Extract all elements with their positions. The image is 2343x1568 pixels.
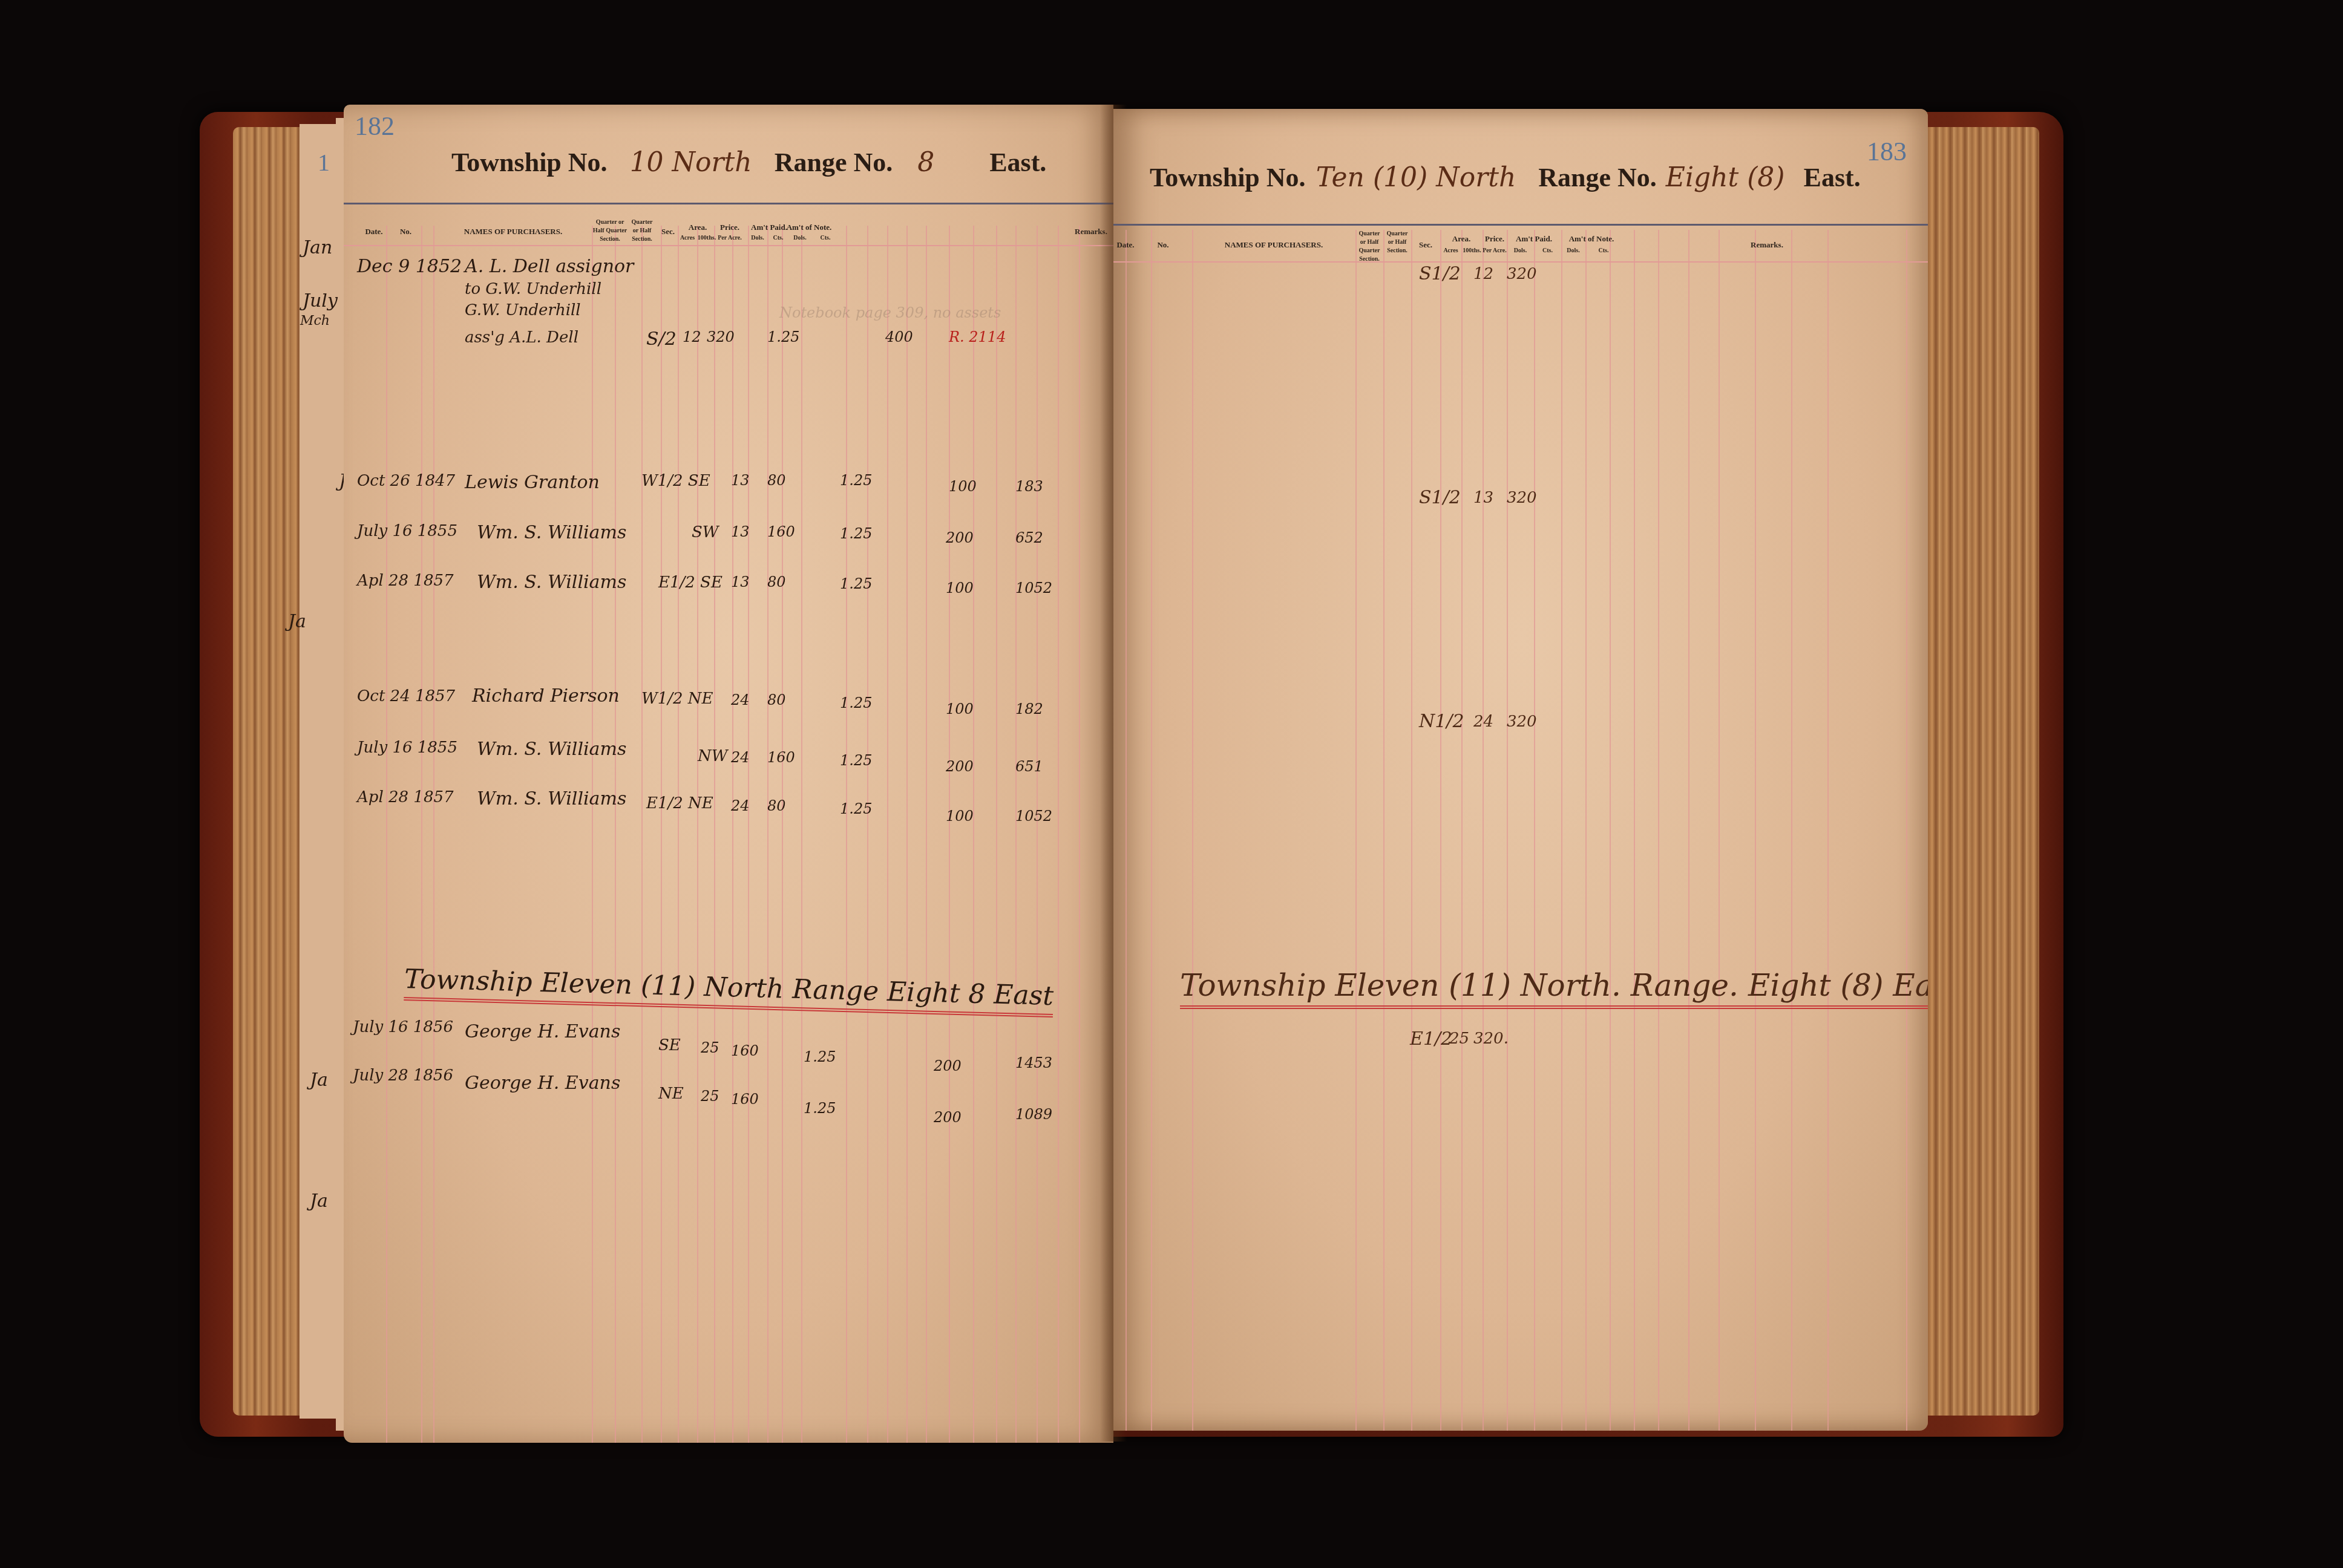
col-quarter-half: Quarter or Half Section.: [1383, 230, 1411, 255]
entry-quarter: S/2: [646, 328, 677, 350]
header-rule: [344, 203, 1113, 204]
entry-sec: 24: [731, 797, 750, 814]
township-label: Township No.: [1150, 163, 1306, 192]
entry-acres: 320: [1507, 489, 1537, 507]
entry-sec: 24: [731, 749, 750, 766]
entry-date: Apl 28 1857: [357, 572, 454, 590]
margin-fragment: Ja: [310, 1191, 328, 1212]
entry-name-line: G.W. Underhill: [465, 301, 581, 319]
entry-name-line: ass'g A.L. Dell: [465, 328, 578, 347]
col-area: Area.: [680, 223, 716, 232]
entry-price: 1.25: [767, 328, 799, 345]
township-label: Township No.: [451, 148, 608, 177]
entry-note: 100: [946, 808, 974, 825]
col-names: NAMES OF PURCHASERS.: [1192, 241, 1355, 249]
margin-fragment: Jan: [303, 237, 332, 258]
subsection-heading: Township Eleven (11) North. Range. Eight…: [1180, 968, 1928, 1009]
col-no: No.: [392, 227, 419, 236]
entry-date: July 28 1856: [353, 1067, 453, 1085]
entry-name: Wm. S. Williams: [477, 739, 626, 760]
entry-sec: 25: [1449, 1030, 1469, 1048]
col-amt-note-cts: Cts.: [816, 234, 835, 243]
entry-price: 1.25: [840, 694, 872, 711]
col-area-100ths: 100ths.: [1461, 247, 1483, 255]
entry-sec: 12: [1473, 265, 1493, 283]
entry-quarter: NW: [698, 747, 727, 765]
entry-remarks: 1052: [1015, 580, 1052, 596]
right-ledger-page: 183 Township No. Ten (10) North Range No…: [1113, 109, 1928, 1431]
township-header: Township No. 10 North Range No. 8 East.: [451, 147, 1046, 178]
range-value: 8: [917, 147, 934, 178]
entry-name: George H. Evans: [465, 1021, 620, 1042]
entry-acres: 320.: [1473, 1030, 1509, 1048]
entry-half: N1/2: [1419, 711, 1464, 732]
entry-remarks: 651: [1015, 758, 1043, 775]
entry-name: Richard Pierson: [472, 685, 620, 707]
entry-acres: 320: [707, 328, 735, 345]
col-amt-note: Am't of Note.: [782, 223, 836, 232]
direction-label: East.: [1804, 163, 1861, 192]
col-price: Price.: [714, 223, 745, 232]
entry-name: George H. Evans: [465, 1073, 620, 1094]
entry-acres: 160: [767, 523, 795, 540]
column-header-rule: [1113, 261, 1928, 263]
entry-quarter: NE: [658, 1085, 684, 1103]
entry-price: 1.25: [804, 1048, 836, 1065]
range-value: Eight (8): [1666, 162, 1785, 193]
entry-remarks: R. 2114: [949, 328, 1006, 345]
entry-remarks: 1453: [1015, 1054, 1052, 1071]
col-quarter-half-quarter: Quarter or Half Quarter Section.: [1355, 230, 1383, 264]
col-amt-paid: Am't Paid.: [1507, 235, 1561, 243]
township-value: Ten (10) North: [1316, 162, 1516, 193]
entry-remarks: 182: [1015, 701, 1043, 717]
entry-date: Oct 24 1857: [357, 687, 455, 705]
entry-sec: 25: [701, 1088, 719, 1105]
page-number: 182: [355, 111, 395, 142]
col-names: NAMES OF PURCHASERS.: [434, 227, 592, 236]
entry-note: 200: [946, 529, 974, 546]
entry-half: S1/2: [1419, 263, 1461, 284]
entry-note: 200: [946, 758, 974, 775]
entry-note: 200: [934, 1057, 962, 1074]
entry-remarks: 1089: [1015, 1106, 1052, 1123]
entry-remarks: 652: [1015, 529, 1043, 546]
entry-price: 1.25: [840, 472, 872, 489]
entry-note: 100: [946, 580, 974, 596]
col-date: Date.: [356, 227, 392, 236]
entry-half: S1/2: [1419, 487, 1461, 508]
range-label: Range No.: [775, 148, 893, 177]
prev-page-number-a: 1: [318, 148, 330, 177]
entry-acres: 160: [767, 749, 795, 766]
entry-acres: 160: [731, 1042, 759, 1059]
entry-name: Wm. S. Williams: [477, 522, 626, 543]
col-sec: Sec.: [1411, 241, 1440, 249]
entry-remarks: 183: [1015, 478, 1043, 495]
right-page-edges: [1924, 127, 2039, 1416]
entry-date: July 16 1855: [357, 739, 457, 757]
margin-fragment: Mch: [300, 313, 330, 328]
entry-date: July 16 1855: [357, 522, 457, 540]
entry-note: 100: [946, 701, 974, 717]
header-rule: [1113, 224, 1928, 226]
col-quarter-half: Quarter or Half Section.: [628, 218, 656, 244]
entry-name-line: to G.W. Underhill: [465, 280, 601, 298]
col-date: Date.: [1113, 241, 1138, 249]
col-area: Area.: [1440, 235, 1483, 243]
entry-half: E1/2: [1410, 1028, 1452, 1050]
entry-acres: 80: [767, 797, 786, 814]
entry-quarter: W1/2 NE: [641, 690, 713, 708]
col-amt-note: Am't of Note.: [1561, 235, 1622, 243]
col-amt-note-cts: Cts.: [1591, 247, 1616, 255]
entry-acres: 320: [1507, 265, 1537, 283]
col-amt-paid-dols: Dols.: [1507, 247, 1534, 255]
left-ledger-page: 182 Township No. 10 North Range No. 8 Ea…: [344, 105, 1113, 1443]
col-quarter-half-quarter: Quarter or Half Quarter Section.: [592, 218, 628, 244]
township-value: 10 North: [630, 147, 752, 178]
col-no: No.: [1151, 241, 1175, 249]
entry-quarter: SE: [658, 1036, 681, 1054]
page-number: 183: [1867, 136, 1907, 167]
col-amt-paid-dols: Dols.: [748, 234, 767, 243]
entry-acres: 320: [1507, 713, 1537, 731]
column-header-rule: [344, 245, 1113, 246]
entry-price: 1.25: [840, 525, 872, 542]
entry-sec: 13: [731, 523, 750, 540]
subsection-heading: Township Eleven (11) North Range Eight 8…: [404, 964, 1054, 1018]
col-price-per-acre: Per Acre.: [1483, 247, 1507, 255]
entry-sec: 13: [1473, 489, 1493, 507]
entry-name-line: A. L. Dell assignor: [465, 256, 634, 277]
col-sec: Sec.: [658, 227, 678, 236]
entry-note: 400: [885, 328, 913, 345]
col-amt-note-dols: Dols.: [1561, 247, 1585, 255]
entry-sec: 13: [731, 573, 750, 590]
entry-acres: 80: [767, 691, 786, 708]
col-area-acres: Acres: [678, 234, 697, 243]
entry-name: Lewis Granton: [465, 472, 600, 493]
margin-fragment: July: [303, 290, 338, 312]
entry-sec: 25: [701, 1039, 719, 1056]
entry-date: Apl 28 1857: [357, 788, 454, 806]
entry-price: 1.25: [804, 1100, 836, 1117]
entry-date: Oct 26 1847: [357, 472, 455, 490]
col-amt-paid-cts: Cts.: [1534, 247, 1561, 255]
entry-pencil-note: Notebook page 309, no assets: [779, 304, 1001, 321]
entry-sec: 12: [683, 328, 701, 345]
entry-sec: 24: [731, 691, 750, 708]
township-header: Township No. Ten (10) North Range No. Ei…: [1150, 162, 1861, 193]
entry-sec: 24: [1473, 713, 1493, 731]
entry-name: Wm. S. Williams: [477, 572, 626, 593]
col-price-per-acre: Per Acre.: [714, 234, 745, 243]
entry-name: Wm. S. Williams: [477, 788, 626, 809]
entry-date: Dec 9 1852: [357, 256, 462, 277]
entry-remarks: 1052: [1015, 808, 1052, 825]
entry-price: 1.25: [840, 575, 872, 592]
entry-quarter: W1/2 SE: [641, 472, 710, 490]
margin-fragment: Ja: [288, 611, 306, 632]
entry-acres: 160: [731, 1091, 759, 1108]
col-remarks: Remarks.: [1658, 241, 1876, 249]
direction-label: East.: [989, 148, 1046, 177]
entry-quarter: E1/2 SE: [658, 573, 723, 592]
col-area-acres: Acres: [1440, 247, 1461, 255]
entry-sec: 13: [731, 472, 750, 489]
range-label: Range No.: [1538, 163, 1657, 192]
entry-note: 200: [934, 1109, 962, 1126]
entry-note: 100: [949, 478, 977, 495]
col-price: Price.: [1483, 235, 1507, 243]
col-amt-note-dols: Dols.: [790, 234, 810, 243]
entry-acres: 80: [767, 573, 786, 590]
entry-quarter: E1/2 NE: [646, 794, 713, 812]
entry-price: 1.25: [840, 800, 872, 817]
col-amt-paid-cts: Cts.: [768, 234, 788, 243]
entry-acres: 80: [767, 472, 786, 489]
margin-fragment: Ja: [310, 1070, 328, 1091]
entry-date: July 16 1856: [353, 1018, 453, 1036]
entry-price: 1.25: [840, 752, 872, 769]
entry-quarter: SW: [692, 523, 719, 541]
